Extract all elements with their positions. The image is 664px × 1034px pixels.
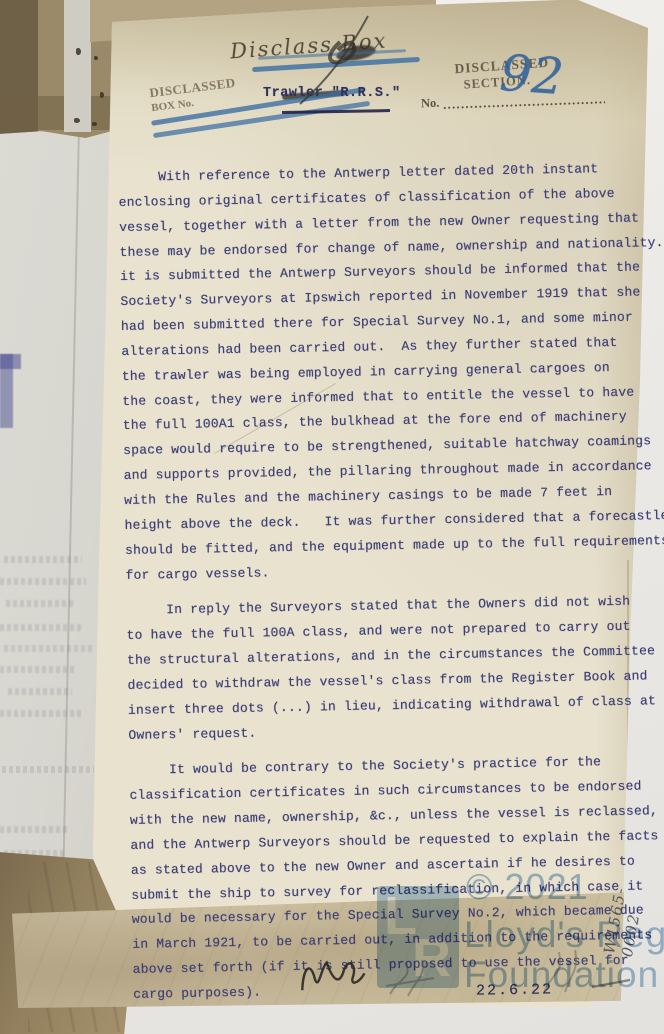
watermark-org-name: Lloyd's Register bbox=[464, 914, 664, 956]
bleedthrough-texture bbox=[0, 624, 84, 631]
paper-gap bbox=[64, 0, 91, 132]
ink-speck bbox=[92, 122, 97, 126]
bleedthrough-texture bbox=[0, 578, 86, 585]
bleedthrough-texture bbox=[6, 600, 76, 607]
bleedthrough-texture bbox=[4, 645, 92, 652]
bleedthrough-texture bbox=[0, 826, 70, 833]
bleedthrough-texture bbox=[0, 666, 76, 673]
bleedthrough-texture bbox=[2, 766, 94, 773]
scanned-letter-photo: Disclass Box DISCLASSED BOX No. Trawler … bbox=[0, 0, 664, 1034]
ink-speck bbox=[100, 92, 104, 98]
bleedthrough-texture bbox=[4, 556, 82, 563]
watermark-copyright: © 2021 bbox=[466, 866, 589, 908]
lr-logo-watermark: L R bbox=[377, 886, 459, 988]
bleedthrough-texture bbox=[8, 688, 72, 695]
bleedthrough-texture bbox=[0, 710, 82, 717]
ink-speck bbox=[76, 48, 81, 55]
aged-paper-shadow bbox=[0, 96, 120, 130]
pencil-curve-mark bbox=[290, 12, 380, 112]
ink-speck bbox=[74, 118, 80, 123]
watermark-org-name: Foundation bbox=[464, 954, 659, 996]
handwritten-initials-scribble bbox=[292, 946, 370, 998]
logo-letter-r: R bbox=[412, 931, 451, 985]
paragraph: With reference to the Antwerp letter dat… bbox=[118, 156, 646, 588]
ink-speck bbox=[94, 56, 98, 60]
stamp-fragment bbox=[0, 354, 13, 428]
paragraph: In reply the Surveyors stated that the O… bbox=[126, 590, 649, 749]
handwritten-section-number: 92 bbox=[498, 44, 566, 106]
stamp-no-label: No. bbox=[421, 96, 440, 112]
